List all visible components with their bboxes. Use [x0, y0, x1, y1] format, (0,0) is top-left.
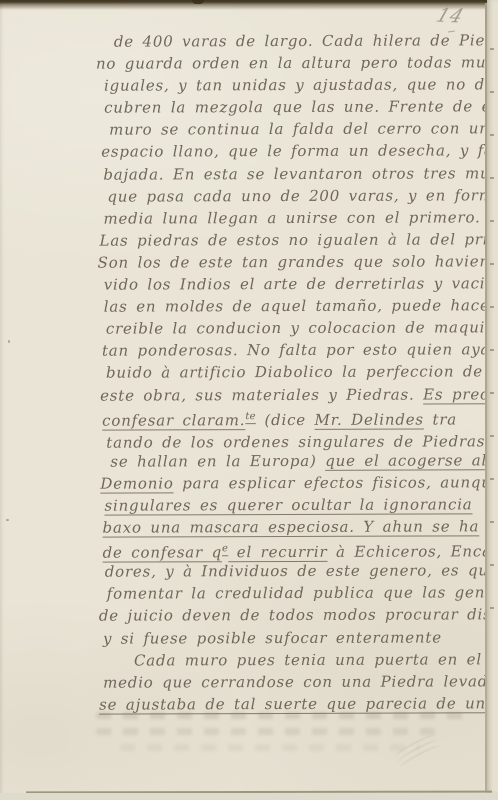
- manuscript-text-segment: media luna llegan a unirse con el primer…: [103, 208, 480, 227]
- manuscript-text-segment: no guarda orden en la altura pero todas …: [96, 53, 496, 72]
- photo-top-edge: [0, 0, 498, 10]
- manuscript-text-segment: de juicio deven de todos modos procurar …: [99, 606, 498, 626]
- faint-pencil-scribble: [394, 733, 442, 771]
- ink-bleed-through: [96, 728, 446, 735]
- adjacent-page-ink-specks: [490, 48, 494, 648]
- ink-bleed-through: [120, 744, 420, 751]
- manuscript-text-segment: tando de los ordenes singulares de Piedr…: [106, 432, 498, 451]
- manuscript-text-segment: Son los de este tan grandes que solo hav…: [98, 252, 498, 272]
- manuscript-text-segment: las en moldes de aquel tamaño, puede hac…: [104, 296, 498, 315]
- manuscript-line: de juicio deven de todos modos procurar …: [89, 604, 487, 627]
- manuscript-text-segment: te: [245, 411, 256, 422]
- manuscript-line: que pasa cada uno de 200 varas, y en for…: [87, 184, 485, 207]
- manuscript-text-segment: que el acogerse al: [325, 451, 487, 470]
- manuscript-line: de confesar qe el recurrir à Echiceros, …: [89, 537, 487, 560]
- manuscript-text-segment: de confesar q: [103, 543, 222, 561]
- manuscript-text-segment: (dice: [256, 410, 315, 428]
- manuscript-line: las en moldes de aquel tamaño, puede hac…: [88, 294, 486, 317]
- manuscript-text-segment: iguales, y tan unidas y ajustadas, que n…: [104, 75, 498, 94]
- manuscript-line: muro se continua la falda del cerro con …: [87, 118, 485, 141]
- manuscript-line: creible la conducion y colocacion de maq…: [88, 317, 486, 340]
- page-beneath-strip: [0, 793, 498, 800]
- manuscript-text-segment: de 400 varas de largo. Cada hilera de Pi…: [114, 31, 498, 50]
- manuscript-line: de 400 varas de largo. Cada hilera de Pi…: [87, 29, 485, 52]
- manuscript-line: tan ponderosas. No falta por esto quien …: [88, 339, 486, 362]
- manuscript-text-segment: dores, y à Individuos de este genero, es…: [105, 561, 498, 580]
- manuscript-text-segment: se hallan en la Europa): [110, 452, 325, 471]
- manuscript-line: espacio llano, que le forma un desecha, …: [87, 140, 485, 163]
- manuscript-text-segment: se ajustaba de tal suerte que parecia de…: [99, 694, 496, 713]
- manuscript-text-segment: espacio llano, que le forma un desecha, …: [101, 142, 498, 161]
- manuscript-text-segment: el recurrir: [228, 543, 327, 561]
- manuscript-line: cubren la mezgola que las une. Frente de…: [87, 96, 485, 119]
- manuscript-line: este obra, sus materiales y Piedras. Es …: [88, 383, 486, 406]
- manuscript-line: fomentar la credulidad publica que las g…: [89, 582, 487, 605]
- manuscript-line: medio que cerrandose con una Piedra leva…: [89, 670, 487, 693]
- manuscript-text-segment: Mr. Delindes: [315, 410, 424, 428]
- manuscript-line: singulares es querer ocultar la ignoranc…: [88, 493, 486, 516]
- manuscript-text-segment: Las piedras de estos no igualen à la del…: [100, 230, 498, 250]
- page-number: 14: [434, 7, 467, 27]
- manuscript-line: Cada muro pues tenia una puerta en el: [89, 648, 487, 671]
- manuscript-text-segment: este obra, sus materiales y Piedras.: [100, 385, 423, 404]
- manuscript-line: confesar claram.te (dice Mr. Delindes tr…: [88, 405, 486, 428]
- manuscript-text-segment: que pasa cada uno de 200 varas, y en for…: [107, 186, 498, 205]
- manuscript-text-segment: medio que cerrandose con una Piedra leva…: [103, 672, 498, 691]
- manuscript-text-segment: creible la conducion y colocacion de maq…: [106, 318, 498, 337]
- manuscript-text-block: de 400 varas de largo. Cada hilera de Pi…: [87, 29, 487, 715]
- manuscript-line: tando de los ordenes singulares de Piedr…: [88, 427, 486, 450]
- manuscript-text-segment: Demonio: [100, 474, 173, 492]
- manuscript-line: se hallan en la Europa) que el acogerse …: [88, 449, 486, 472]
- ink-bleed-through: [96, 712, 468, 719]
- manuscript-line: dores, y à Individuos de este genero, es…: [89, 560, 487, 583]
- manuscript-line: Las piedras de estos no igualen à la del…: [87, 228, 485, 251]
- manuscript-text-segment: muro se continua la falda del cerro con …: [109, 120, 490, 139]
- manuscript-text-segment: cubren la mezgola que las une. Frente de…: [104, 97, 498, 116]
- manuscript-line: y si fuese posible sufocar enteramente: [89, 626, 487, 649]
- manuscript-text-segment: tra: [424, 410, 457, 428]
- manuscript-line: buido à artificio Diabolico la perfeccio…: [88, 361, 486, 384]
- manuscript-line: no guarda orden en la altura pero todas …: [87, 51, 485, 74]
- manuscript-text-segment: confesar claram.: [102, 411, 245, 429]
- manuscript-text-segment: vido los Indios el arte de derretirlas y…: [104, 274, 498, 293]
- manuscript-text-segment: baxo una mascara especiosa. Y ahun se ha: [103, 517, 480, 536]
- manuscript-text-segment: bajada. En esta se levantaron otros tres…: [103, 164, 498, 183]
- manuscript-text-segment: buido à artificio Diabolico la perfeccio…: [106, 363, 483, 382]
- manuscript-text-segment: fomentar la credulidad publica que las g…: [107, 584, 498, 603]
- manuscript-text-segment: Cada muro pues tenia una puerta en el: [134, 650, 482, 669]
- manuscript-photo: 14 de 400 varas de largo. Cada hilera de…: [0, 0, 498, 800]
- manuscript-line: vido los Indios el arte de derretirlas y…: [88, 272, 486, 295]
- manuscript-text-segment: singulares es querer ocultar la ignoranc…: [104, 495, 472, 514]
- ink-speck: [6, 519, 9, 521]
- manuscript-line: media luna llegan a unirse con el primer…: [87, 206, 485, 229]
- manuscript-text-segment: para esplicar efectos fisicos, aunque: [174, 473, 498, 492]
- manuscript-line: Demonio para esplicar efectos fisicos, a…: [88, 471, 486, 494]
- manuscript-line: baxo una mascara especiosa. Y ahun se ha: [89, 515, 487, 538]
- manuscript-line: bajada. En esta se levantaron otros tres…: [87, 162, 485, 185]
- adjacent-page-sliver: [487, 0, 498, 793]
- manuscript-text-segment: y si fuese posible sufocar enteramente: [103, 628, 442, 647]
- manuscript-text-segment: à Echiceros, Encanta: [327, 542, 498, 561]
- ink-speck: [8, 340, 10, 343]
- manuscript-line: iguales, y tan unidas y ajustadas, que n…: [87, 73, 485, 96]
- manuscript-text-segment: tan ponderosas. No falta por esto quien …: [102, 340, 498, 359]
- manuscript-line: Son los de este tan grandes que solo hav…: [88, 250, 486, 273]
